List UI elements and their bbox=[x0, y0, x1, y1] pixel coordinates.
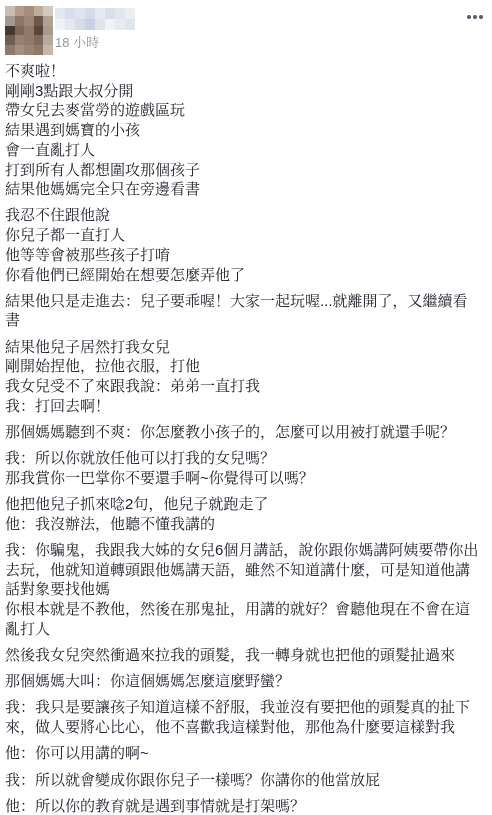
post-paragraph: 他：所以你的教育就是遇到事情就是打架嗎？ bbox=[5, 797, 488, 815]
post-paragraph: 結果他只是走進去：兒子要乖喔！大家一起玩喔...就離開了，又繼續看 書 bbox=[5, 292, 488, 331]
post-body-text: 不爽啦！ 剛剛3點跟大叔分開 帶女兒去麥當勞的遊戲區玩 結果遇到媽寶的小孩 會一… bbox=[0, 62, 492, 815]
post-paragraph: 我：我只是要讓孩子知道這樣不舒服，我並沒有要把他的頭髮真的扯下 來，做人要將心比… bbox=[5, 698, 488, 737]
post-timestamp[interactable]: 18 小時 bbox=[55, 32, 99, 51]
post-options-button[interactable] bbox=[462, 8, 488, 26]
post-paragraph: 他：你可以用講的啊~ bbox=[5, 744, 488, 764]
post-paragraph: 然後我女兒突然衝過來拉我的頭髮，我一轉身就也把他的頭髮扯過來 bbox=[5, 646, 488, 666]
post-paragraph: 那個媽媽大叫：你這個媽媽怎麼這麼野蠻？ bbox=[5, 672, 488, 692]
profile-avatar[interactable] bbox=[5, 6, 53, 55]
profile-name[interactable] bbox=[55, 8, 135, 30]
post-paragraph: 我：你騙鬼，我跟我大姊的女兒6個月講話，說你跟你媽講阿姨要帶你出 去玩，他就知道… bbox=[5, 541, 488, 640]
post-header: 18 小時 bbox=[0, 0, 492, 62]
post-paragraph: 結果他兒子居然打我女兒 剛開始捏他，拉他衣服，打他 我女兒受不了來跟我說：弟弟一… bbox=[5, 338, 488, 417]
ellipsis-icon bbox=[467, 15, 483, 19]
post-paragraph: 不爽啦！ 剛剛3點跟大叔分開 帶女兒去麥當勞的遊戲區玩 結果遇到媽寶的小孩 會一… bbox=[5, 62, 488, 200]
post-paragraph: 我：所以你就放任他可以打我的女兒嗎？ 那我賞你一巴掌你不要還手啊~你覺得可以嗎？ bbox=[5, 449, 488, 488]
post-paragraph: 那個媽媽聽到不爽：你怎麼教小孩子的，怎麼可以用被打就還手呢？ bbox=[5, 423, 488, 443]
post-card: 18 小時 不爽啦！ 剛剛3點跟大叔分開 帶女兒去麥當勞的遊戲區玩 結果遇到媽寶… bbox=[0, 0, 492, 815]
post-paragraph: 我：所以就會變成你跟你兒子一樣嗎？你講你的他當放屁 bbox=[5, 771, 488, 791]
post-paragraph: 我忍不住跟他說 你兒子都一直打人 他等等會被那些孩子打唷 你看他們已經開始在想要… bbox=[5, 206, 488, 285]
post-paragraph: 他把他兒子抓來唸2句，他兒子就跑走了 他：我沒辦法，他聽不懂我講的 bbox=[5, 495, 488, 534]
